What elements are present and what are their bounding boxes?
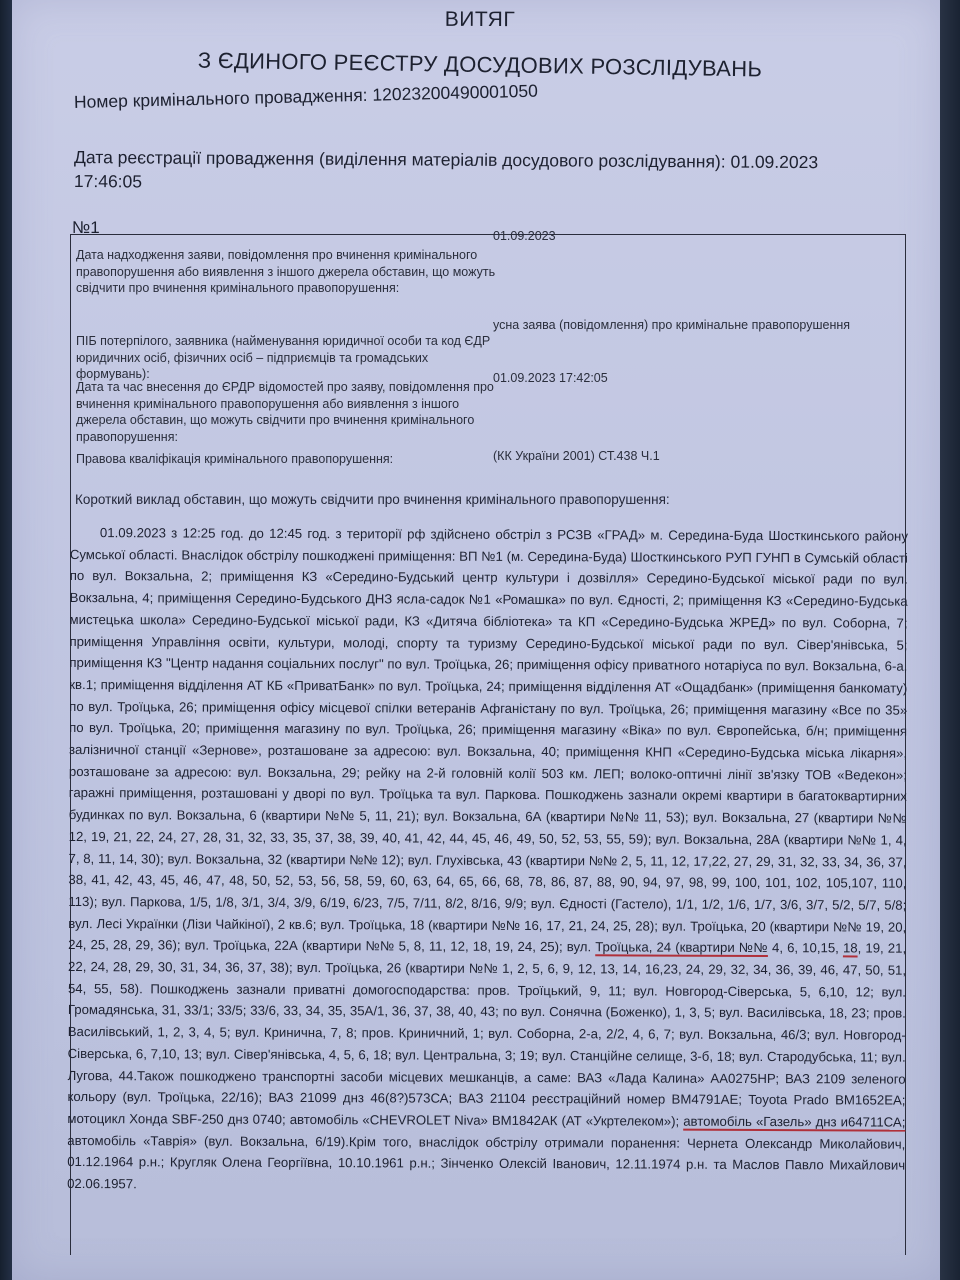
field-label-entry-datetime: Дата та час внесення до ЄРДР відомостей … <box>76 379 496 445</box>
field-label-receipt-date: Дата надходження заяви, повідомлення про… <box>76 247 496 297</box>
pen-underlined-vehicle: автомобіль «Газель» днз и64711СА; <box>683 1114 905 1130</box>
registration-date-value: 01.09.2023 <box>730 152 818 173</box>
summary-body: 01.09.2023 з 12:25 год. до 12:45 год. з … <box>67 522 908 1198</box>
summary-text-4: автомобіль «Таврія» (вул. Вокзальна, 6/1… <box>67 1133 905 1192</box>
pen-underlined-address: Троїцька, 24 (квартири №№ <box>595 940 768 956</box>
case-number-value: 12023200490001050 <box>372 81 538 105</box>
document-title: ВИТЯГ <box>0 6 960 33</box>
registration-date-label: Дата реєстрації провадження (виділення м… <box>74 147 726 172</box>
registration-time-value: 17:46:05 <box>74 171 142 191</box>
field-value-applicant: усна заява (повідомлення) про кримінальн… <box>493 318 850 332</box>
pen-underlined-apartment: 18 <box>843 941 858 956</box>
summary-text-1: 01.09.2023 з 12:25 год. до 12:45 год. з … <box>68 525 908 955</box>
field-value-receipt-date: 01.09.2023 <box>493 229 556 243</box>
field-label-applicant: ПІБ потерпілого, заявника (найменування … <box>76 333 496 383</box>
backdrop-right <box>938 0 960 1280</box>
field-value-legal-qualification: (КК України 2001) СТ.438 Ч.1 <box>493 449 660 463</box>
registration-date-line: Дата реєстрації провадження (виділення м… <box>74 146 874 199</box>
summary-heading: Короткий виклад обставин, що можуть свід… <box>75 492 670 507</box>
summary-text-2: 4, 6, 10,15, <box>768 940 843 955</box>
summary-text-3: , 19, 21, 22, 24, 28, 29, 30, 31, 34, 36… <box>67 941 906 1129</box>
field-label-legal-qualification: Правова кваліфікація кримінального право… <box>76 451 496 468</box>
field-value-entry-datetime: 01.09.2023 17:42:05 <box>493 371 608 385</box>
